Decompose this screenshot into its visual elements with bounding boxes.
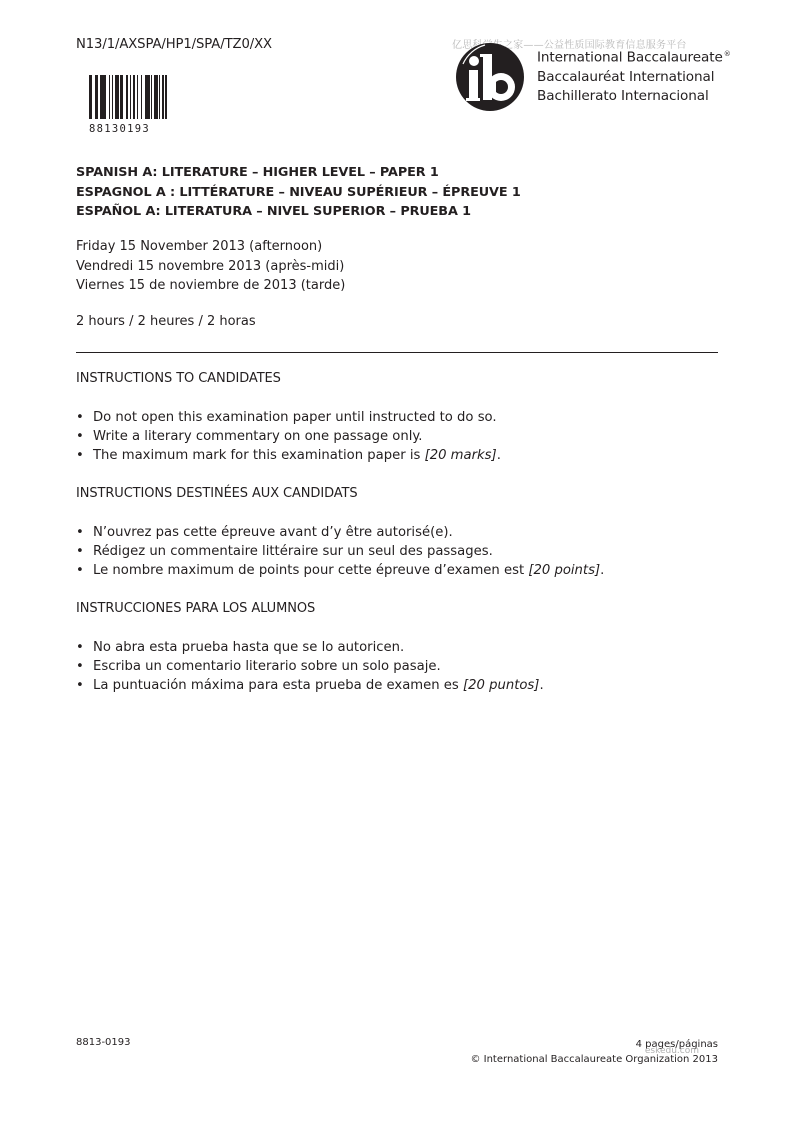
exam-duration: 2 hours / 2 heures / 2 horas xyxy=(76,314,256,329)
barcode-number: 88130193 xyxy=(89,123,150,135)
instructions-heading-fr: INSTRUCTIONS DESTINÉES AUX CANDIDATS xyxy=(76,486,358,501)
footer-code: 8813-0193 xyxy=(76,1037,131,1048)
instruction-item: N’ouvrez pas cette épreuve avant d’y êtr… xyxy=(76,523,604,542)
exam-titles: SPANISH A: LITERATURE – HIGHER LEVEL – P… xyxy=(76,163,521,222)
ib-logo-text: International Baccalaureate® Baccalauréa… xyxy=(537,45,731,106)
logo-line-fr: Baccalauréat International xyxy=(537,68,731,87)
date-en: Friday 15 November 2013 (afternoon) xyxy=(76,237,345,257)
instruction-item: Rédigez un commentaire littéraire sur un… xyxy=(76,542,604,561)
footer-watermark: eskedu.com xyxy=(645,1046,699,1056)
title-en: SPANISH A: LITERATURE – HIGHER LEVEL – P… xyxy=(76,163,521,183)
divider xyxy=(76,352,718,353)
instructions-heading-en: INSTRUCTIONS TO CANDIDATES xyxy=(76,371,281,386)
instructions-list-en: Do not open this examination paper until… xyxy=(76,408,501,466)
title-fr: ESPAGNOL A : LITTÉRATURE – NIVEAU SUPÉRI… xyxy=(76,183,521,203)
title-es: ESPAÑOL A: LITERATURA – NIVEL SUPERIOR –… xyxy=(76,202,521,222)
instruction-item: La puntuación máxima para esta prueba de… xyxy=(76,676,544,695)
ib-logo-icon xyxy=(455,42,525,112)
date-es: Viernes 15 de noviembre de 2013 (tarde) xyxy=(76,276,345,296)
instructions-heading-es: INSTRUCCIONES PARA LOS ALUMNOS xyxy=(76,601,315,616)
instructions-list-fr: N’ouvrez pas cette épreuve avant d’y êtr… xyxy=(76,523,604,581)
paper-code: N13/1/AXSPA/HP1/SPA/TZ0/XX xyxy=(76,37,272,52)
instruction-item: Write a literary commentary on one passa… xyxy=(76,427,501,446)
barcode-icon xyxy=(89,75,171,119)
instruction-item: Escriba un comentario literario sobre un… xyxy=(76,657,544,676)
instructions-list-es: No abra esta prueba hasta que se lo auto… xyxy=(76,638,544,696)
date-fr: Vendredi 15 novembre 2013 (après-midi) xyxy=(76,257,345,277)
instruction-item: Do not open this examination paper until… xyxy=(76,408,501,427)
instruction-item: No abra esta prueba hasta que se lo auto… xyxy=(76,638,544,657)
exam-dates: Friday 15 November 2013 (afternoon) Vend… xyxy=(76,237,345,296)
instruction-item: The maximum mark for this examination pa… xyxy=(76,446,501,465)
logo-line-es: Bachillerato Internacional xyxy=(537,87,731,106)
logo-line-en: International Baccalaureate® xyxy=(537,45,731,68)
instruction-item: Le nombre maximum de points pour cette é… xyxy=(76,561,604,580)
